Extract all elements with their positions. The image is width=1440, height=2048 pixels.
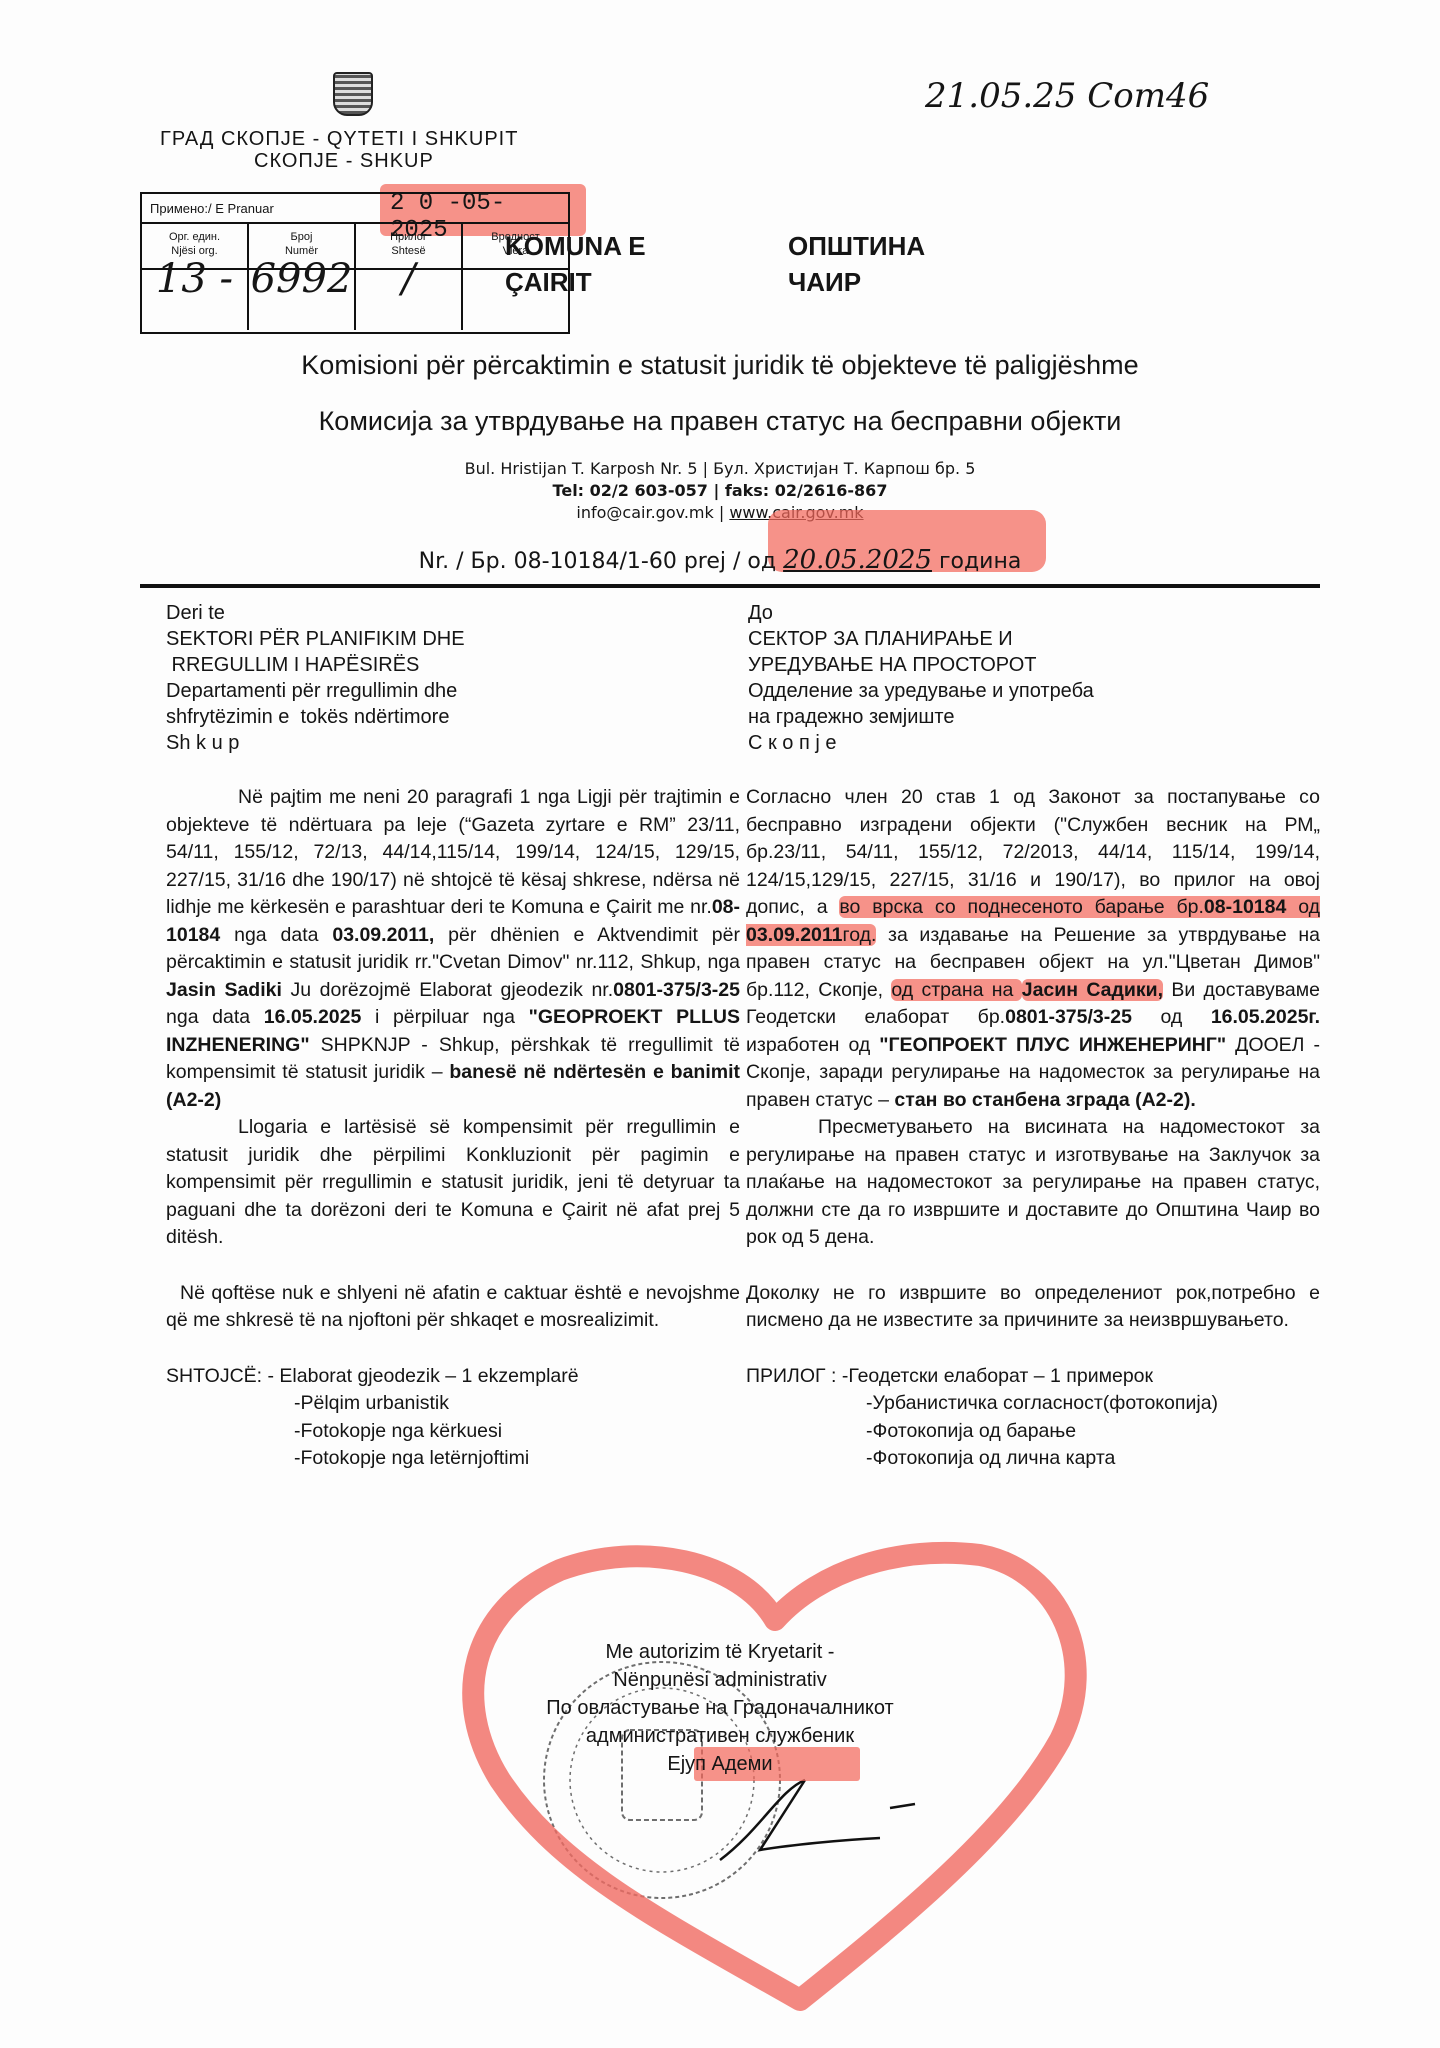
signatory-name: Ејуп Адеми xyxy=(0,1750,1440,1778)
signature-block: Me autorizim të Kryetarit - Nënpunësi ad… xyxy=(0,1638,1440,1778)
signature-scribble-icon xyxy=(720,1780,915,1860)
